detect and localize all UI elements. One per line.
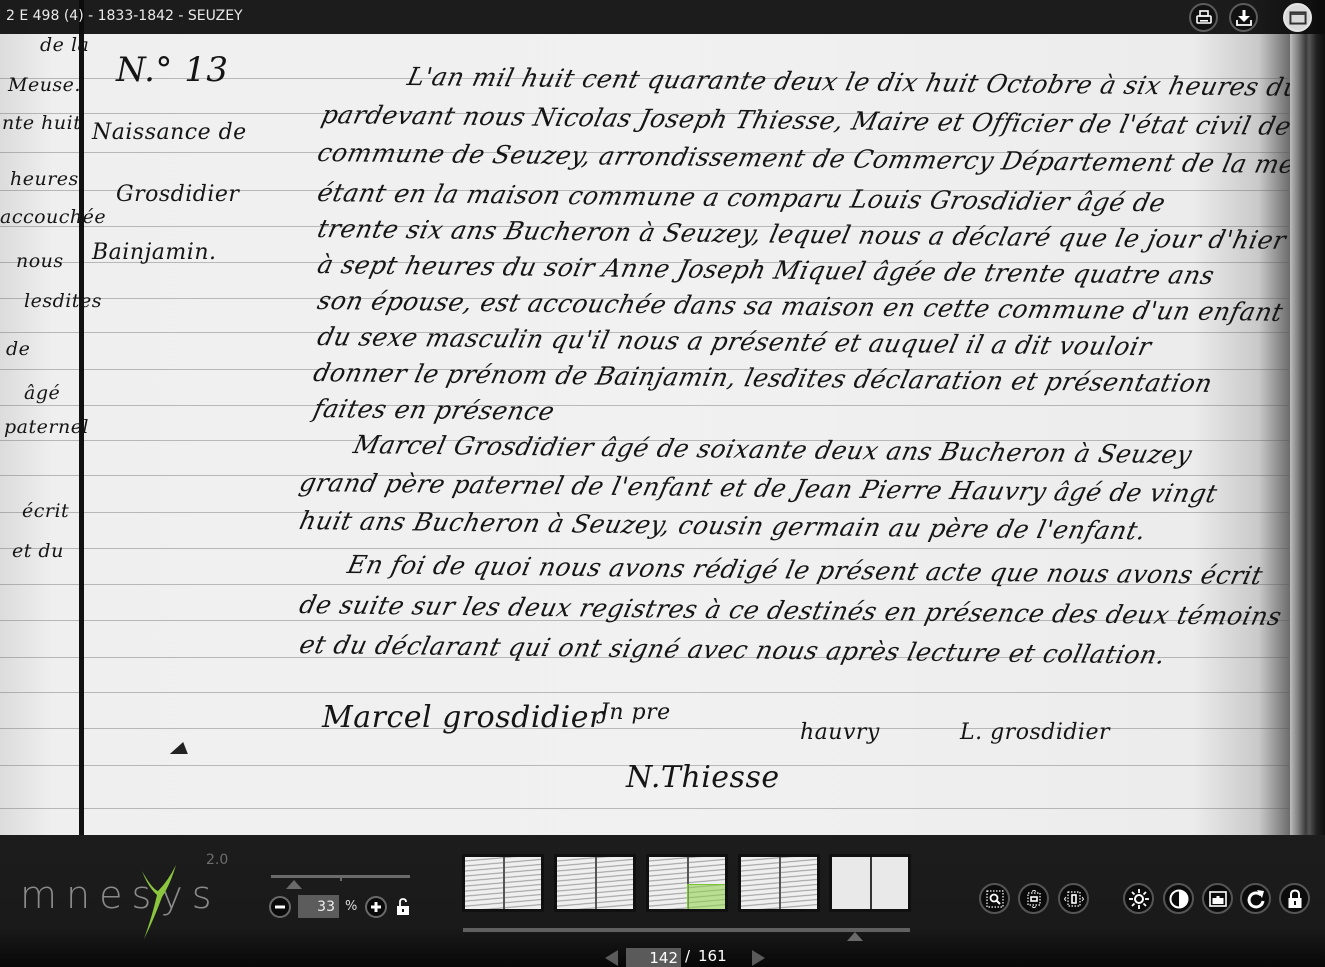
act-text-line: étant en la maison commune a comparu Lou…	[315, 178, 1169, 217]
page-total: 161	[698, 947, 727, 965]
left-page-text: de	[6, 338, 30, 360]
contrast-button[interactable]	[1163, 883, 1194, 914]
unlocked-padlock-icon	[396, 898, 410, 916]
thumbnail-current[interactable]	[646, 854, 728, 912]
signature-jean-pierre: Jn pre	[600, 700, 671, 725]
printer-icon	[1195, 9, 1213, 27]
rotate-button[interactable]	[1240, 883, 1271, 914]
sun-icon	[1129, 889, 1149, 909]
act-text-line: à sept heures du soir Anne Joseph Miquel…	[315, 250, 1218, 290]
zoom-region-button[interactable]	[979, 883, 1010, 914]
margin-given-name: Bainjamin.	[92, 240, 217, 265]
left-page-text: heures	[10, 168, 79, 190]
image-icon	[1209, 891, 1227, 907]
thumbnail[interactable]	[829, 854, 911, 912]
act-text-line: trente six ans Bucheron à Seuzey, lequel…	[315, 214, 1289, 255]
plus-icon	[370, 901, 382, 913]
page-binding	[1290, 0, 1325, 835]
fullscreen-button[interactable]	[1283, 3, 1312, 32]
margin-surname: Grosdidier	[116, 182, 239, 207]
print-button[interactable]	[1189, 3, 1218, 32]
contrast-icon	[1169, 889, 1189, 909]
page-number-input[interactable]	[626, 948, 681, 967]
document-title: 2 E 498 (4) - 1833-1842 - SEUZEY	[6, 8, 243, 24]
logo-version: 2.0	[206, 852, 228, 868]
window-icon	[1289, 10, 1307, 26]
left-page-text: de la	[40, 34, 89, 56]
fit-height-icon	[1025, 890, 1043, 908]
act-number: N.° 13	[116, 50, 228, 90]
left-page-text: nte huit	[2, 112, 81, 134]
act-text-line: pardevant nous Nicolas Joseph Thiesse, M…	[319, 100, 1325, 141]
margin-title: Naissance de	[92, 120, 247, 145]
act-text-line: commune de Seuzey, arrondissement de Com…	[315, 138, 1325, 180]
zoom-slider-tick	[340, 875, 342, 881]
fit-width-icon	[1064, 890, 1084, 908]
viewport-indicator[interactable]	[687, 884, 725, 909]
signature-mayor: N.Thiesse	[626, 760, 780, 795]
page-separator: /	[685, 947, 690, 965]
thumbnail[interactable]	[738, 854, 820, 912]
download-icon	[1235, 9, 1253, 27]
signature-marcel-grosdidier: Marcel grosdidier	[322, 700, 604, 735]
logo-y-glyph-icon	[138, 863, 178, 943]
act-text-line: son épouse, est accouchée dans sa maison…	[315, 286, 1286, 327]
minus-icon	[274, 901, 286, 913]
left-page-text: écrit	[22, 500, 69, 522]
ink-mark	[170, 742, 192, 754]
rotate-icon	[1246, 889, 1266, 909]
viewer-app: de la Meuse. nte huit heures accouchée n…	[0, 0, 1325, 967]
act-text-line: de suite sur les deux registres à ce des…	[297, 590, 1285, 631]
title-bar: 2 E 498 (4) - 1833-1842 - SEUZEY	[0, 0, 1325, 34]
act-text-line: du sexe masculin qu'il nous a présenté e…	[315, 322, 1155, 361]
lock-button[interactable]	[1279, 883, 1310, 914]
left-page-text: nous	[16, 250, 64, 272]
act-text-line: faites en présence	[311, 394, 558, 426]
zoom-in-button[interactable]	[365, 896, 387, 918]
act-text-line: Marcel Grosdidier âgé de soixante deux a…	[351, 430, 1195, 469]
fit-width-button[interactable]	[1058, 883, 1089, 914]
act-text-line: et du déclarant qui ont signé avec nous …	[297, 630, 1169, 670]
bottom-toolbar: mnesys 2.0 %	[0, 835, 1325, 967]
logo-text: mnesys	[20, 873, 221, 917]
zoom-slider-handle[interactable]	[286, 880, 302, 889]
left-page-text: accouchée	[0, 206, 106, 228]
act-text-line: L'an mil huit cent quarante deux le dix …	[405, 62, 1325, 103]
next-page-button[interactable]	[752, 950, 765, 966]
download-button[interactable]	[1229, 3, 1258, 32]
mnesys-logo: mnesys 2.0	[20, 865, 220, 945]
page-slider-track[interactable]	[463, 928, 910, 932]
zoom-unit-label: %	[345, 899, 357, 914]
zoom-level-input[interactable]	[298, 895, 339, 918]
left-page-text: âgé	[24, 382, 60, 404]
fit-height-button[interactable]	[1018, 883, 1049, 914]
thumbnail[interactable]	[554, 854, 636, 912]
signature-louis-grosdidier: L. grosdidier	[960, 720, 1110, 745]
thumbnail[interactable]	[462, 854, 544, 912]
document-viewport[interactable]: de la Meuse. nte huit heures accouchée n…	[0, 0, 1325, 835]
zoom-lock-toggle[interactable]	[396, 898, 410, 916]
zoom-region-icon	[986, 890, 1004, 908]
brightness-button[interactable]	[1123, 883, 1154, 914]
left-page-text: lesdites	[24, 290, 102, 312]
signature-hauvry: hauvry	[800, 720, 880, 745]
left-page-text: Meuse.	[8, 74, 81, 96]
invert-button[interactable]	[1202, 883, 1233, 914]
lock-icon	[1287, 889, 1303, 909]
page-slider-handle[interactable]	[847, 932, 863, 941]
zoom-out-button[interactable]	[269, 896, 291, 918]
act-text-line: donner le prénom de Bainjamin, lesdites …	[311, 358, 1216, 398]
left-page-text: et du	[12, 540, 64, 562]
previous-page-button[interactable]	[605, 950, 618, 966]
left-page-text: paternel	[4, 416, 89, 438]
